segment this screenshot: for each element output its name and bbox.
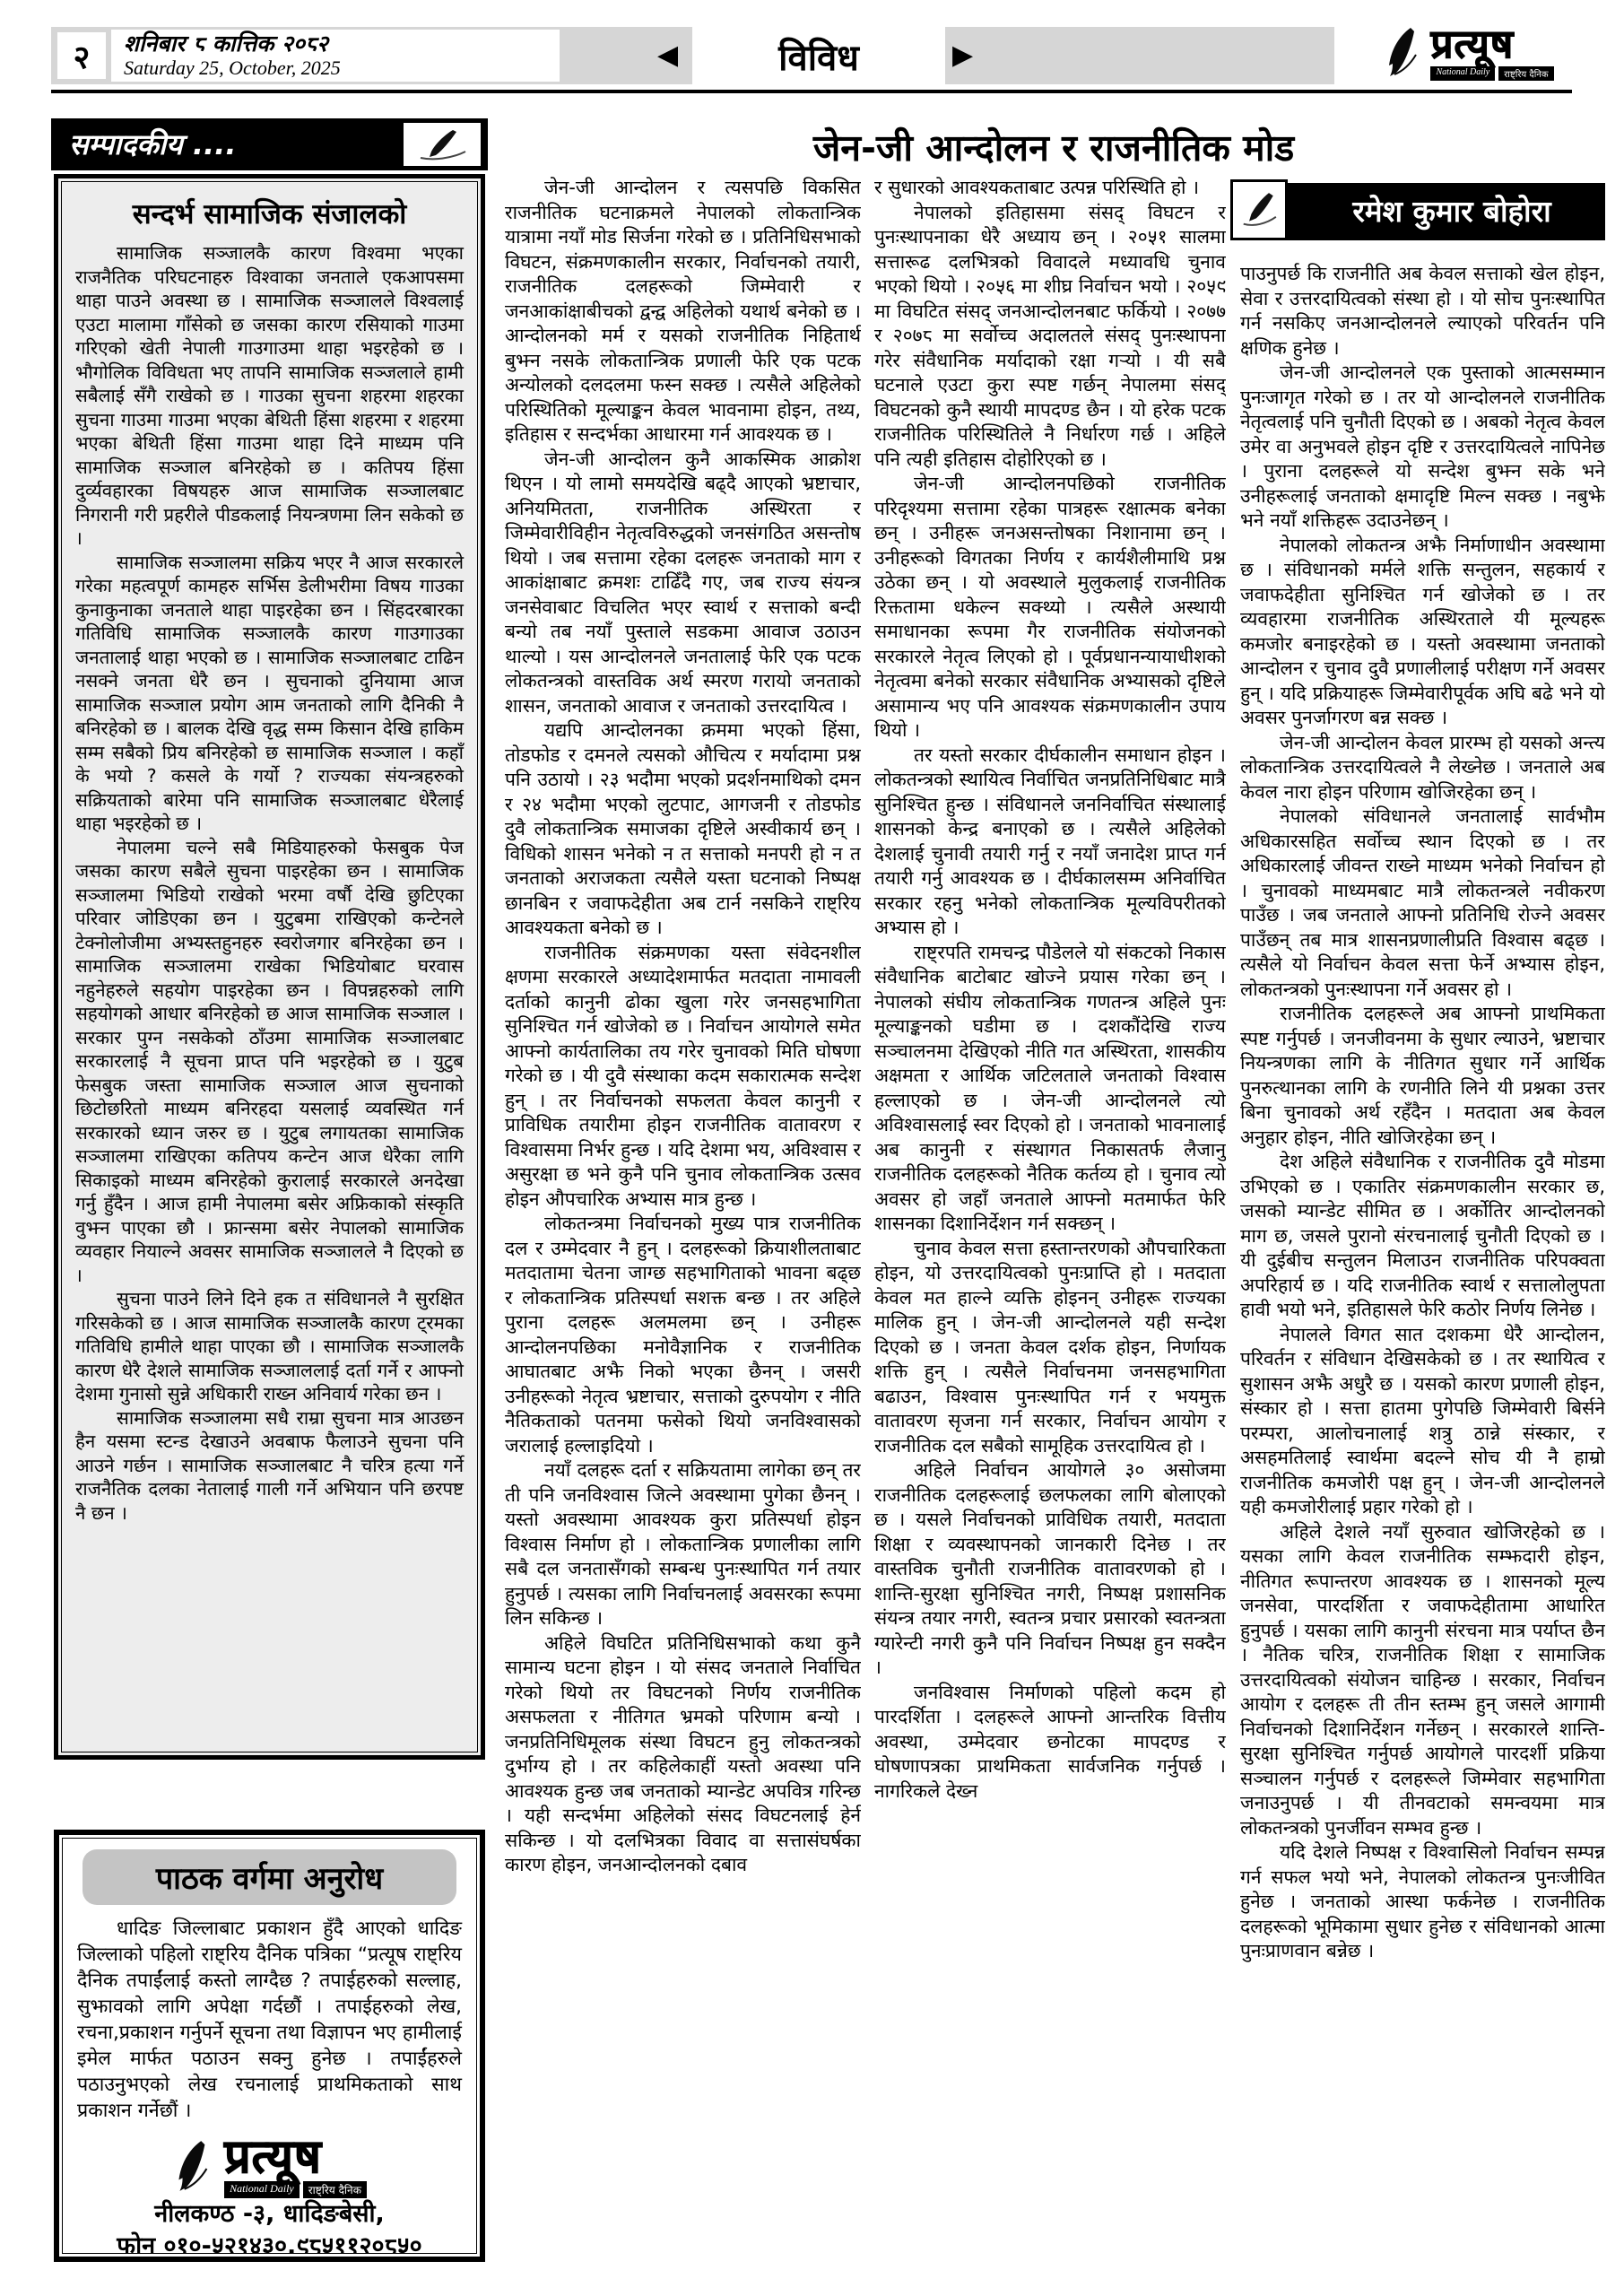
logo-badge-english: National Daily — [1430, 66, 1495, 81]
paragraph: चुनाव केवल सत्ता हस्तान्तरणको औपचारिकता … — [874, 1237, 1226, 1459]
logo-badge-nepali: राष्ट्रिय दैनिक — [1498, 66, 1553, 81]
reader-request-heading: पाठक वर्गमा अनुरोध — [83, 1849, 456, 1905]
paragraph: धादिङ जिल्लाबाट प्रकाशन हुँदै आएको धादिङ… — [77, 1916, 462, 2124]
masthead-logo: प्रत्यूष National Daily राष्ट्रिय दैनिक — [1334, 18, 1603, 88]
logo-wordmark: प्रत्यूष — [224, 2130, 322, 2184]
paragraph: नयाँ दलहरू दर्ता र सक्रियतामा लागेका छन्… — [505, 1458, 861, 1631]
paragraph: यद्यपि आन्दोलनका क्रममा भएको हिंसा, तोडफ… — [505, 718, 861, 941]
editorial-label: सम्पादकीय .... — [69, 127, 237, 161]
article-headline: जेन-जी आन्दोलन र राजनीतिक मोड — [502, 122, 1605, 172]
article-column-1: जेन-जी आन्दोलन र त्यसपछि विकसित राजनीतिक… — [505, 176, 861, 2278]
logo-badge-nepali: राष्ट्रिय दैनिक — [303, 2181, 367, 2198]
paragraph: जनविश्वास निर्माणको पहिलो कदम हो पारदर्श… — [874, 1681, 1226, 1805]
paragraph: जेन-जी आन्दोलनले एक पुस्ताको आत्मसम्मान … — [1240, 361, 1605, 534]
footer-logo: प्रत्यूष National Daily राष्ट्रिय दैनिक — [77, 2135, 462, 2198]
editorial-heading: सन्दर्भ सामाजिक संजालको — [75, 195, 464, 232]
paragraph: नेपालले विगत सात दशकमा धेरै आन्दोलन, परि… — [1240, 1323, 1605, 1520]
paragraph: अहिले निर्वाचन आयोगले ३० असोजमा राजनीतिक… — [874, 1458, 1226, 1681]
paragraph: पाउनुपर्छ कि राजनीति अब केवल सत्ताको खेल… — [1240, 262, 1605, 361]
paragraph: राष्ट्रपति रामचन्द्र पौडेलले यो संकटको न… — [874, 941, 1226, 1237]
reader-request-paragraphs: धादिङ जिल्लाबाट प्रकाशन हुँदै आएको धादिङ… — [77, 1916, 462, 2124]
right-arrow-icon: ▶ — [952, 38, 973, 74]
paragraph: जेन-जी आन्दोलन केवल प्रारम्भ हो यसको अन्… — [1240, 731, 1605, 805]
reader-request-body: पाठक वर्गमा अनुरोध धादिङ जिल्लाबाट प्रका… — [62, 1838, 477, 2254]
editorial-paragraphs: सामाजिक सञ्जालकै कारण विश्वमा भएका राजनै… — [75, 241, 464, 1525]
publisher-address: नीलकण्ठ -३, धादिङबेसी, — [77, 2198, 462, 2231]
paragraph: देश अहिले संवैधानिक र राजनीतिक दुवै मोडम… — [1240, 1150, 1605, 1323]
page-number: २ — [57, 32, 106, 79]
paragraph: तर यस्तो सरकार दीर्घकालीन समाधान होइन । … — [874, 744, 1226, 941]
paragraph: नेपालको लोकतन्त्र अझै निर्माणाधीन अवस्था… — [1240, 534, 1605, 731]
date-english: Saturday 25, October, 2025 — [124, 57, 560, 80]
header-rule — [51, 90, 1572, 93]
author-name: रमेश कुमार बोहोरा — [1257, 183, 1605, 240]
paragraph: लोकतन्त्रमा निर्वाचनको मुख्य पात्र राजनी… — [505, 1212, 861, 1458]
editorial-body: सन्दर्भ सामाजिक संजालको सामाजिक सञ्जालकै… — [61, 181, 478, 1752]
section-title: विविध — [692, 27, 945, 84]
author-box: रमेश कुमार बोहोरा — [1230, 176, 1605, 248]
publisher-phone: फोन ०१०-५२१४३०,९८५११२०८५० — [77, 2231, 462, 2254]
quill-icon — [1384, 26, 1425, 80]
date-box: शनिबार ८ कात्तिक २०८२ Saturday 25, Octob… — [111, 30, 560, 82]
paragraph: र सुधारको आवश्यकताबाट उत्पन्न परिस्थिति … — [874, 176, 1226, 201]
editorial-label-bar: सम्पादकीय .... — [51, 118, 488, 170]
reader-request-box: पाठक वर्गमा अनुरोध धादिङ जिल्लाबाट प्रका… — [54, 1830, 485, 2262]
newspaper-page: { "colors": {"band": "#d6d6d6", "bar": "… — [0, 0, 1624, 2296]
paragraph: जेन-जी आन्दोलनपछिको राजनीतिक परिदृश्यमा … — [874, 472, 1226, 744]
paragraph: नेपालको संविधानले जनतालाई सार्वभौम अधिका… — [1240, 804, 1605, 1002]
paragraph: सामाजिक सञ्जालमा सधै राम्रा सुचना मात्र … — [75, 1406, 464, 1526]
paragraph: जेन-जी आन्दोलन कुनै आकस्मिक आक्रोश थिएन … — [505, 448, 861, 719]
left-arrow-icon: ◀ — [657, 38, 678, 74]
paragraph: सुचना पाउने लिने दिने हक त संविधानले नै … — [75, 1287, 464, 1406]
article-column-3: पाउनुपर्छ कि राजनीति अब केवल सत्ताको खेल… — [1240, 262, 1605, 2278]
quill-icon — [172, 2139, 217, 2195]
paragraph: नेपालको इतिहासमा संसद् विघटन र पुनःस्थाप… — [874, 201, 1226, 473]
logo-wordmark: प्रत्यूष — [1430, 22, 1514, 67]
date-nepali: शनिबार ८ कात्तिक २०८२ — [124, 31, 560, 57]
pen-icon — [404, 123, 481, 166]
pen-icon — [1230, 179, 1288, 240]
paragraph: सामाजिक सञ्जालमा सक्रिय भएर नै आज सरकारल… — [75, 551, 464, 836]
paragraph: राजनीतिक संक्रमणका यस्ता संवेदनशील क्षणम… — [505, 941, 861, 1213]
paragraph: अहिले विघटित प्रतिनिधिसभाको कथा कुनै साम… — [505, 1631, 861, 1878]
paragraph: नेपालमा चल्ने सबै मिडियाहरुको फेसबुक पेज… — [75, 836, 464, 1288]
editorial-box: सन्दर्भ सामाजिक संजालको सामाजिक सञ्जालकै… — [54, 174, 485, 1760]
article-column-2: र सुधारको आवश्यकताबाट उत्पन्न परिस्थिति … — [874, 176, 1226, 2278]
paragraph: जेन-जी आन्दोलन र त्यसपछि विकसित राजनीतिक… — [505, 176, 861, 448]
paragraph: यदि देशले निष्पक्ष र विश्वासिलो निर्वाचन… — [1240, 1840, 1605, 1964]
paragraph: सामाजिक सञ्जालकै कारण विश्वमा भएका राजनै… — [75, 241, 464, 551]
logo-badge-english: National Daily — [224, 2181, 300, 2198]
paragraph: अहिले देशले नयाँ सुरुवात खोजिरहेको छ । य… — [1240, 1520, 1605, 1841]
paragraph: राजनीतिक दलहरूले अब आफ्नो प्राथमिकता स्प… — [1240, 1002, 1605, 1150]
